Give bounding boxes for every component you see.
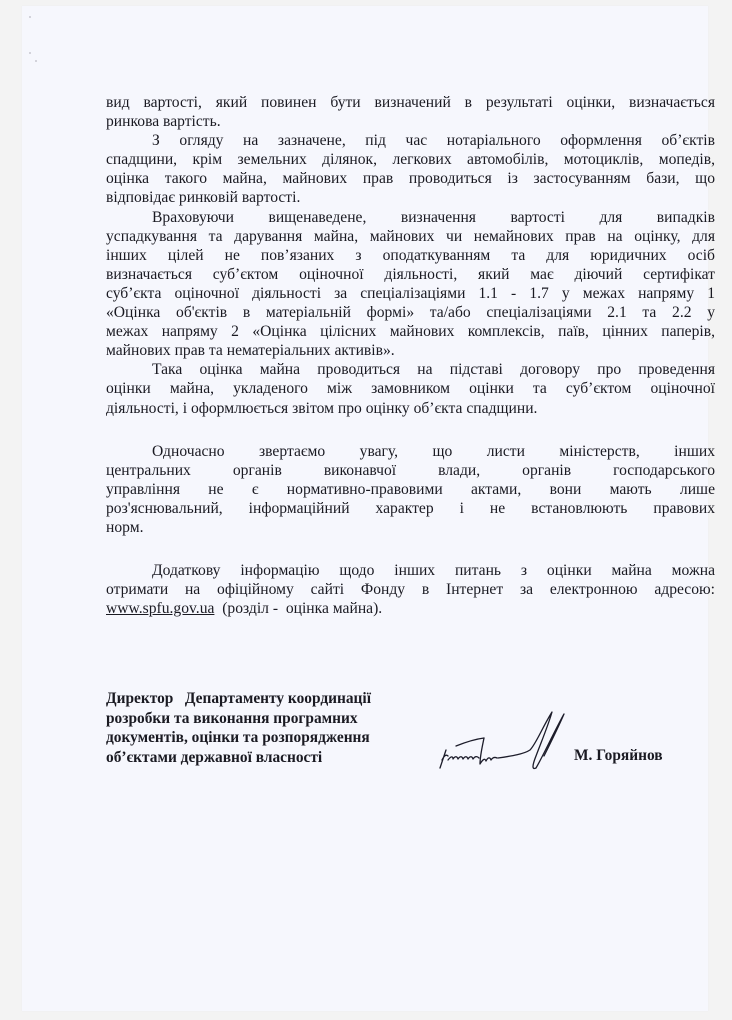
paragraph: Така оцінка майна проводиться на підстав…: [106, 360, 715, 417]
text-line: відповідає ринковій вартості.: [106, 188, 715, 207]
paragraph: вид вартості, який повинен бути визначен…: [106, 93, 715, 131]
text-line: отримати на офіційному сайті Фонду в Інт…: [106, 580, 715, 599]
text-line: межах напряму 2 «Оцінка цілісних майнови…: [106, 322, 715, 341]
text-line: ринкова вартість.: [106, 112, 715, 131]
text-line: визначається суб’єктом оціночної діяльно…: [106, 265, 715, 284]
text-line: роз'яснювальний, інформаційний характер …: [106, 499, 715, 518]
spfu-website-link[interactable]: www.spfu.gov.ua: [106, 600, 214, 617]
text-line: суб’єкта оціночної діяльності за спеціал…: [106, 284, 715, 303]
body-text: вид вартості, який повинен бути визначен…: [106, 93, 715, 618]
text-line: «Оцінка об'єктів в матеріальній формі» т…: [106, 303, 715, 322]
text-line: діяльності, і оформлюється звітом про оц…: [106, 399, 715, 418]
text-line: інших цілей не пов’язаних з оподаткуванн…: [106, 246, 715, 265]
scan-speck: [29, 16, 31, 18]
paragraph: Враховуючи вищенаведене, визначення варт…: [106, 208, 715, 361]
signatory-title: Директор Департаменту координації розроб…: [106, 689, 371, 767]
title-line: об’єктами державної власності: [106, 748, 371, 768]
text-line: управління не є нормативно-правовими акт…: [106, 480, 715, 499]
text-line: Враховуючи вищенаведене, визначення варт…: [106, 208, 715, 227]
text-line: вид вартості, який повинен бути визначен…: [106, 93, 715, 112]
title-line: Директор Департаменту координації: [106, 689, 371, 709]
paragraph: З огляду на зазначене, під час нотаріаль…: [106, 131, 715, 207]
text-line: оцінки майна, укладеного між замовником …: [106, 379, 715, 398]
scan-speck: [35, 60, 37, 62]
paragraph: Додаткову інформацію щодо інших питань з…: [106, 561, 715, 618]
text-line: спадщини, крім земельних ділянок, легков…: [106, 150, 715, 169]
title-line: документів, оцінки та розпорядження: [106, 728, 371, 748]
text-line: норм.: [106, 518, 715, 537]
paragraph-gap: [106, 537, 715, 556]
link-suffix: (розділ - оцінка майна).: [214, 600, 382, 617]
paragraph: Одночасно звертаємо увагу, що листи міні…: [106, 442, 715, 537]
paragraph-gap: [106, 418, 715, 437]
handwritten-signature-icon: [432, 706, 582, 776]
text-line: Така оцінка майна проводиться на підстав…: [106, 360, 715, 379]
text-line: www.spfu.gov.ua (розділ - оцінка майна).: [106, 599, 715, 618]
scan-speck: [29, 52, 31, 54]
title-line: розробки та виконання програмних: [106, 709, 371, 729]
text-line: майнових прав та нематеріальних активів»…: [106, 341, 715, 360]
signatory-name: М. Горяйнов: [574, 747, 663, 765]
text-line: Одночасно звертаємо увагу, що листи міні…: [106, 442, 715, 461]
text-line: успадкування та дарування майна, майнови…: [106, 227, 715, 246]
text-line: оцінка такого майна, майнових прав прово…: [106, 169, 715, 188]
text-line: Додаткову інформацію щодо інших питань з…: [106, 561, 715, 580]
text-line: центральних органів виконавчої влади, ор…: [106, 461, 715, 480]
text-line: З огляду на зазначене, під час нотаріаль…: [106, 131, 715, 150]
